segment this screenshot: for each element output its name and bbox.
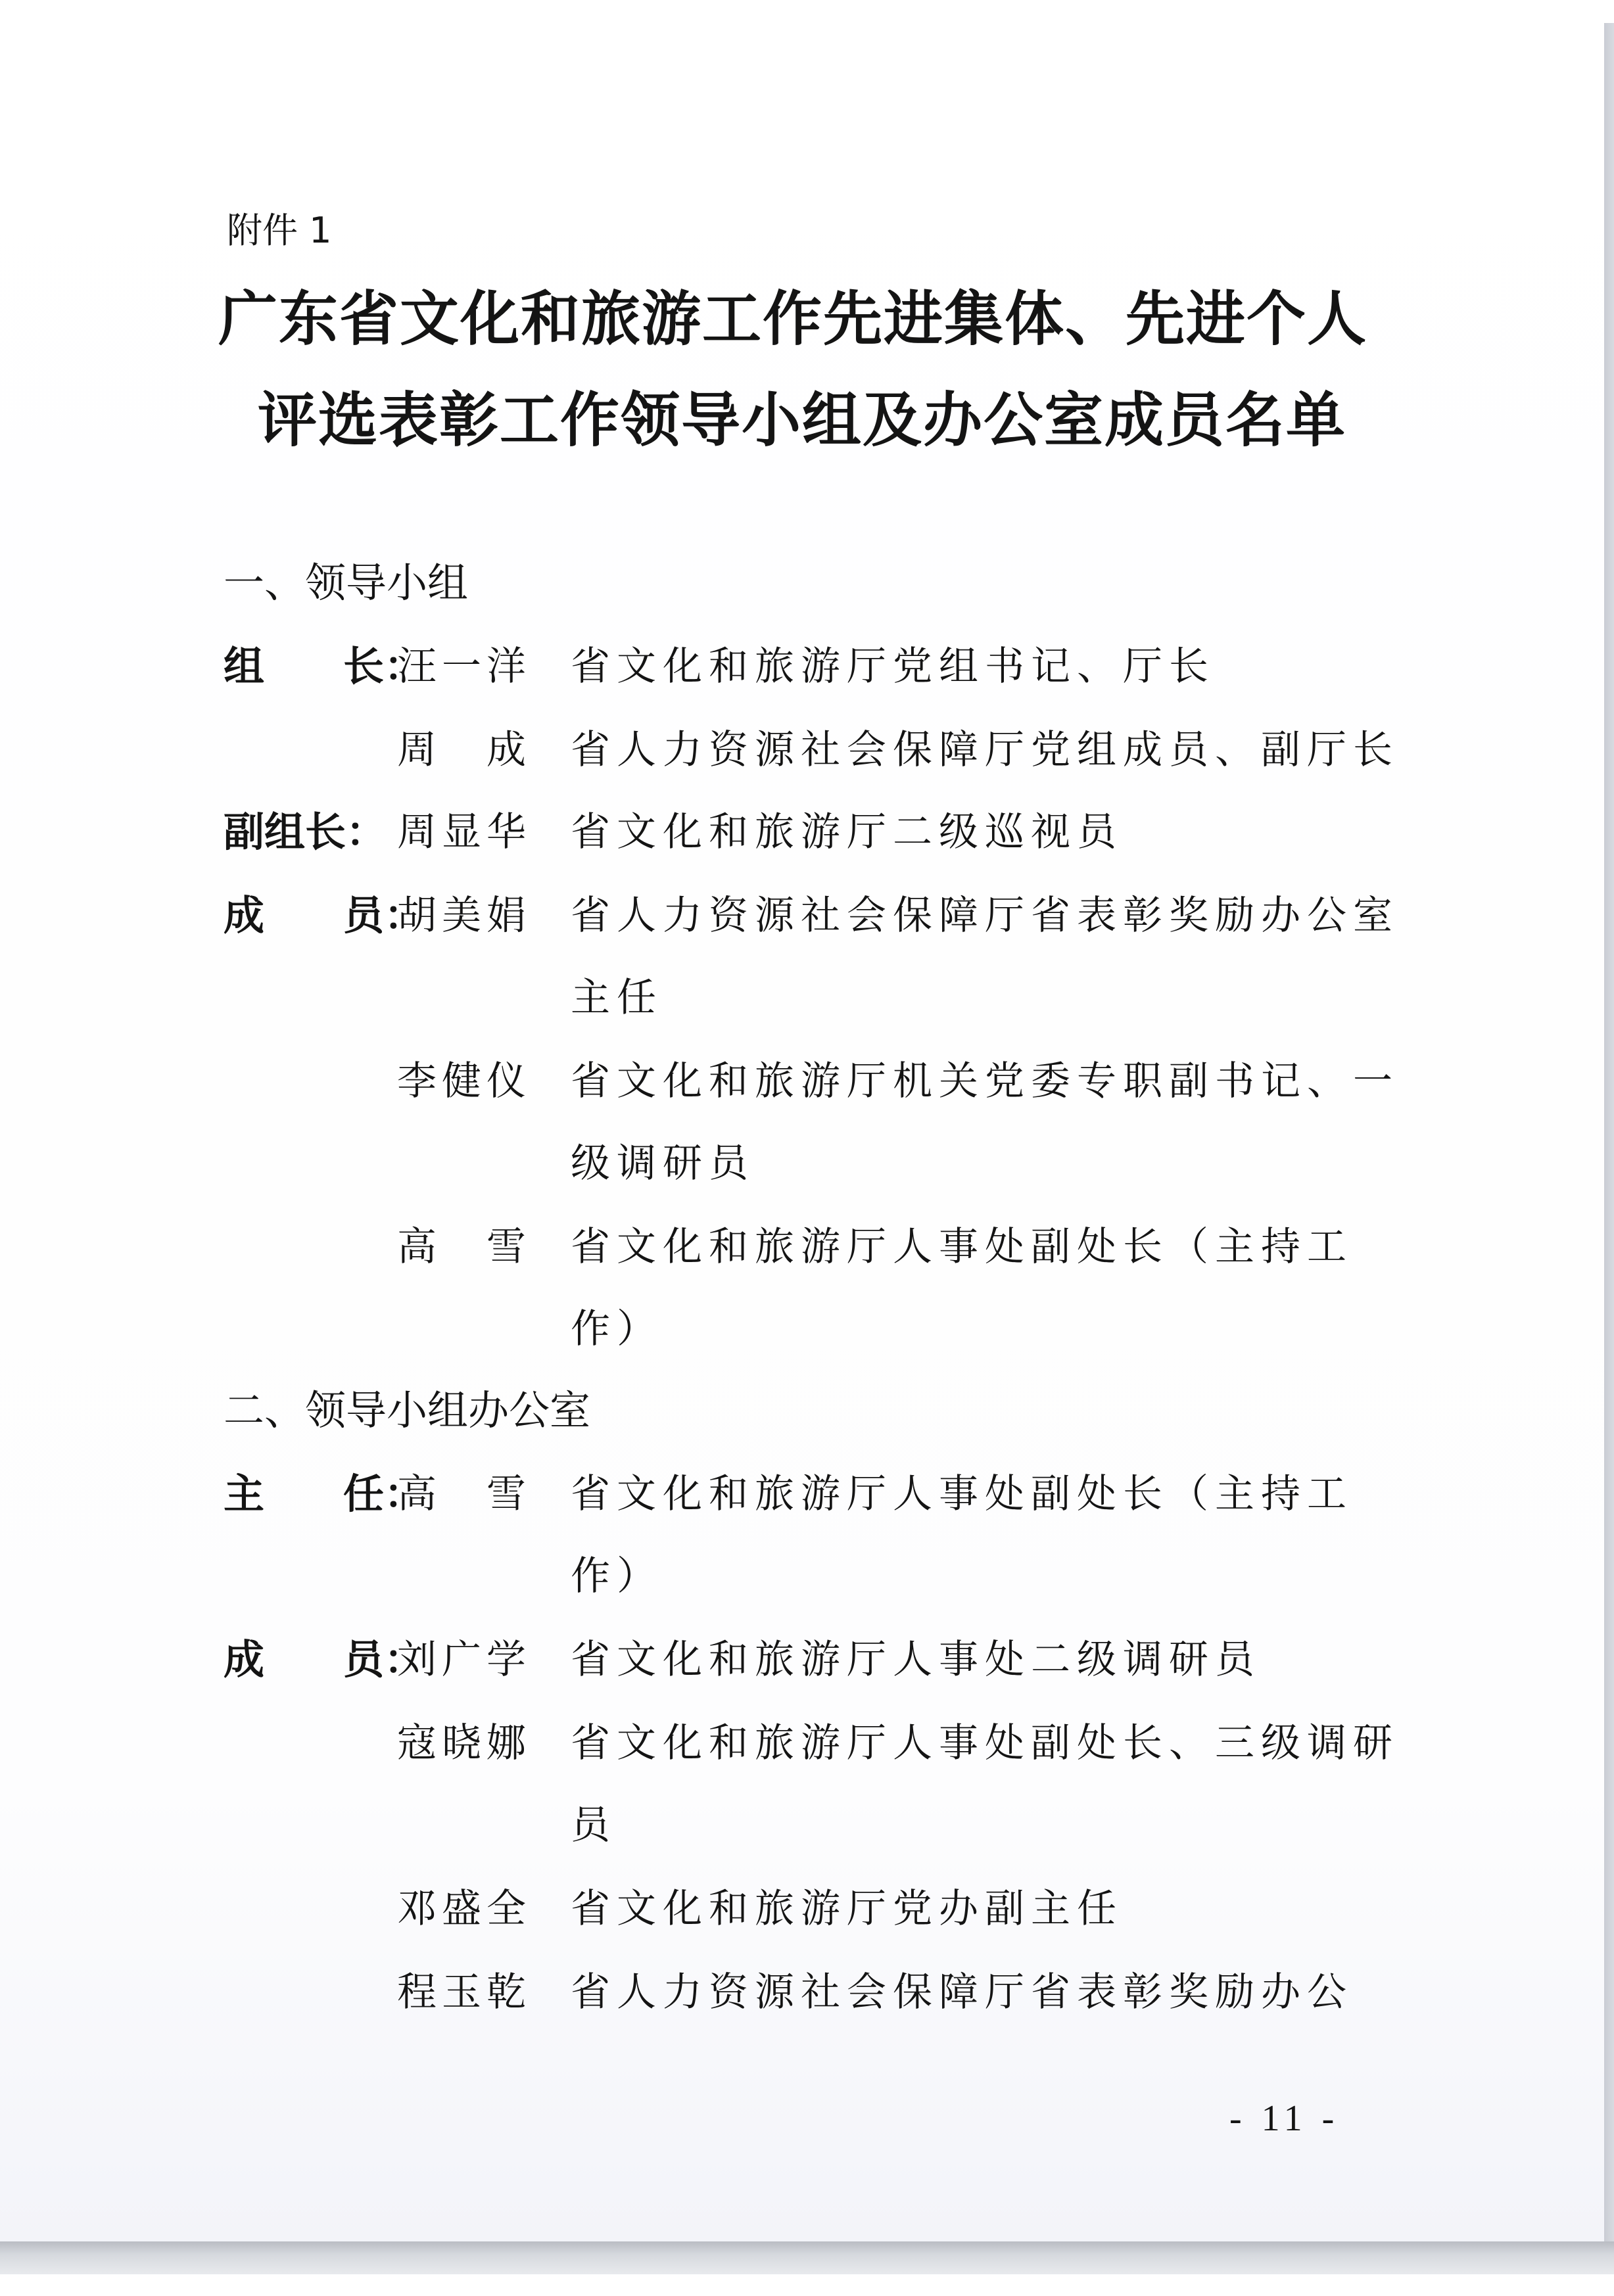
member-name: 邓盛全 — [397, 1889, 531, 1929]
member-name: 刘广学 — [397, 1640, 531, 1679]
label-char: 成 — [224, 1635, 264, 1683]
row-label-members: 成员： — [224, 895, 425, 936]
title-line-2: 评选表彰工作领导小组及办公室成员名单 — [258, 390, 1346, 450]
member-duty-cont: 员 — [571, 1806, 617, 1845]
label-char: 成 — [224, 891, 264, 939]
row-label-leader: 组长： — [224, 646, 425, 687]
member-duty-cont: 作） — [571, 1309, 663, 1349]
member-duty-cont: 级调研员 — [571, 1144, 755, 1183]
member-duty: 省文化和旅游厅人事处副处长（主持工 — [571, 1227, 1353, 1267]
member-name: 寇晓娜 — [397, 1723, 531, 1763]
member-duty-cont: 作） — [571, 1557, 663, 1596]
page-edge-right — [1604, 23, 1614, 2264]
member-duty: 省文化和旅游厅人事处副处长、三级调研 — [571, 1723, 1399, 1763]
label-char: 组 — [224, 642, 264, 690]
member-duty: 省文化和旅游厅人事处二级调研员 — [571, 1640, 1261, 1679]
row-label-director: 主任： — [224, 1474, 425, 1514]
member-duty: 省文化和旅游厅二级巡视员 — [571, 812, 1123, 852]
page-number: - 11 - — [1229, 2100, 1339, 2137]
section-heading-office: 二、领导小组办公室 — [224, 1390, 590, 1431]
member-duty: 省文化和旅游厅党组书记、厅长 — [571, 647, 1215, 686]
member-name: 高 雪 — [397, 1227, 531, 1267]
row-label-members: 成员： — [224, 1639, 425, 1680]
member-duty: 省人力资源社会保障厅党组成员、副厅长 — [571, 730, 1399, 770]
label-char: 主 — [224, 1470, 264, 1518]
member-name: 程玉乾 — [397, 1973, 531, 2012]
page-edge-bottom — [0, 2241, 1614, 2274]
member-name: 周 成 — [397, 730, 531, 770]
member-name: 周显华 — [397, 812, 531, 852]
attachment-label: 附件 1 — [227, 213, 332, 248]
title-line-1: 广东省文化和旅游工作先进集体、先进个人 — [218, 289, 1367, 348]
member-name: 李健仪 — [397, 1062, 531, 1101]
member-name: 汪一洋 — [397, 647, 531, 686]
member-name: 胡美娟 — [397, 896, 531, 935]
member-duty-cont: 主任 — [571, 978, 663, 1018]
member-duty: 省文化和旅游厅人事处副处长（主持工 — [571, 1474, 1353, 1514]
member-duty: 省文化和旅游厅机关党委专职副书记、一 — [571, 1062, 1399, 1101]
member-duty: 省人力资源社会保障厅省表彰奖励办公 — [571, 1973, 1353, 2012]
member-duty: 省人力资源社会保障厅省表彰奖励办公室 — [571, 896, 1399, 935]
member-duty: 省文化和旅游厅党办副主任 — [571, 1889, 1123, 1929]
row-label-deputy-leader: 副组长： — [224, 812, 387, 853]
section-heading-leading-group: 一、领导小组 — [224, 563, 468, 603]
member-name: 高 雪 — [397, 1474, 531, 1514]
